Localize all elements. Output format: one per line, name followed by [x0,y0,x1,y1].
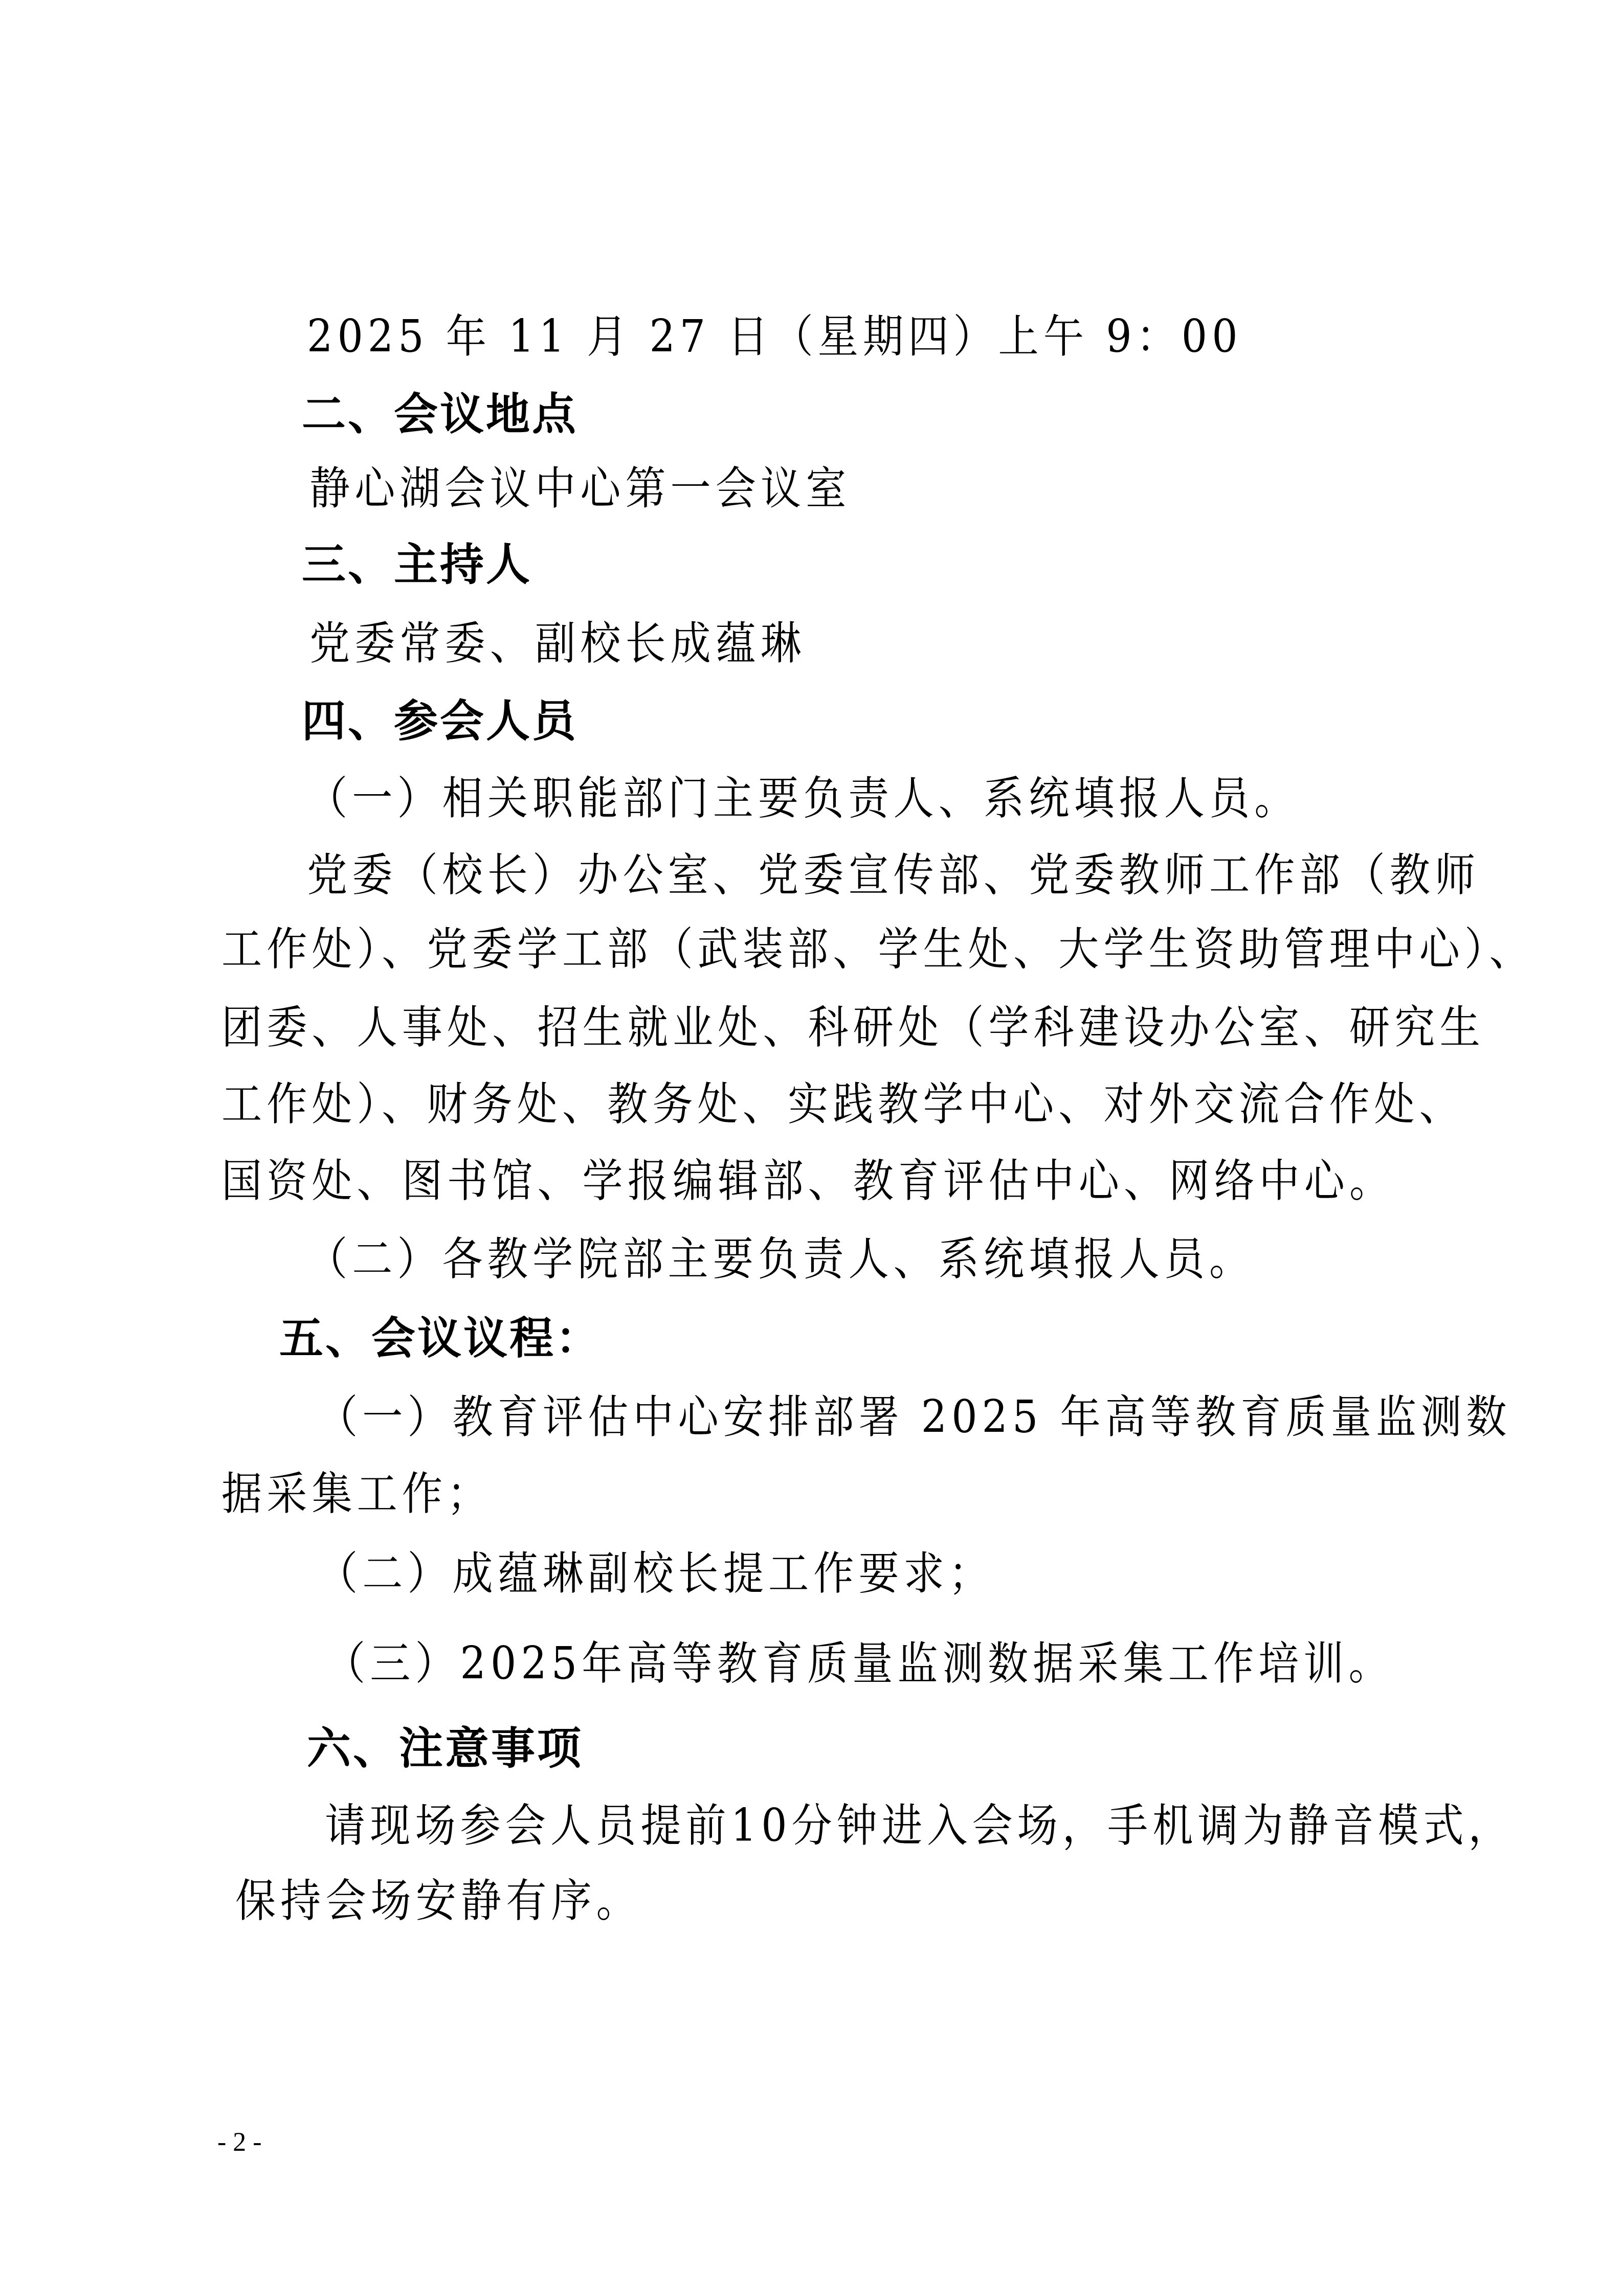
agenda-item-1: （一）教育评估中心安排部署 2025 年高等教育质量监测数 [317,1391,1511,1443]
attendees-group-1: （一）相关职能部门主要负责人、系统填报人员。 [307,773,1299,824]
section-heading-host: 三、主持人 [302,539,532,591]
page-number: - 2 - [217,2127,262,2158]
department-list-line: 党委（校长）办公室、党委宣传部、党委教师工作部（教师 [307,849,1480,901]
section-heading-notes: 六、注意事项 [307,1723,583,1774]
notes-text-cont: 保持会场安静有序。 [235,1875,641,1926]
agenda-item-2: （二）成蕴琳副校长提工作要求； [317,1548,994,1599]
section-heading-location: 二、会议地点 [302,389,578,440]
department-list-line: 团委、人事处、招生就业处、科研处（学科建设办公室、研究生 [221,1002,1485,1053]
agenda-item-1-cont: 据采集工作； [221,1468,492,1519]
meeting-location: 静心湖会议中心第一会议室 [309,463,851,514]
attendees-group-2: （二）各教学院部主要负责人、系统填报人员。 [307,1233,1254,1285]
department-list-line: 工作处）、财务处、教务处、实践教学中心、对外交流合作处、 [221,1078,1464,1130]
section-heading-agenda: 五、会议议程： [279,1313,602,1364]
department-list-line: 国资处、图书馆、学报编辑部、教育评估中心、网络中心。 [221,1155,1394,1206]
meeting-time: 2025 年 11 月 27 日（星期四）上午 9：00 [307,311,1242,362]
section-heading-attendees: 四、参会人员 [302,696,578,747]
department-list-line: 工作处）、党委学工部（武装部、学生处、大学生资助管理中心）、 [221,924,1534,975]
notes-text: 请现场参会人员提前10分钟进入会场，手机调为静音模式， [325,1800,1514,1851]
agenda-item-3: （三）2025年高等教育质量监测数据采集工作培训。 [325,1638,1394,1689]
meeting-host: 党委常委、副校长成蕴琳 [309,618,806,669]
